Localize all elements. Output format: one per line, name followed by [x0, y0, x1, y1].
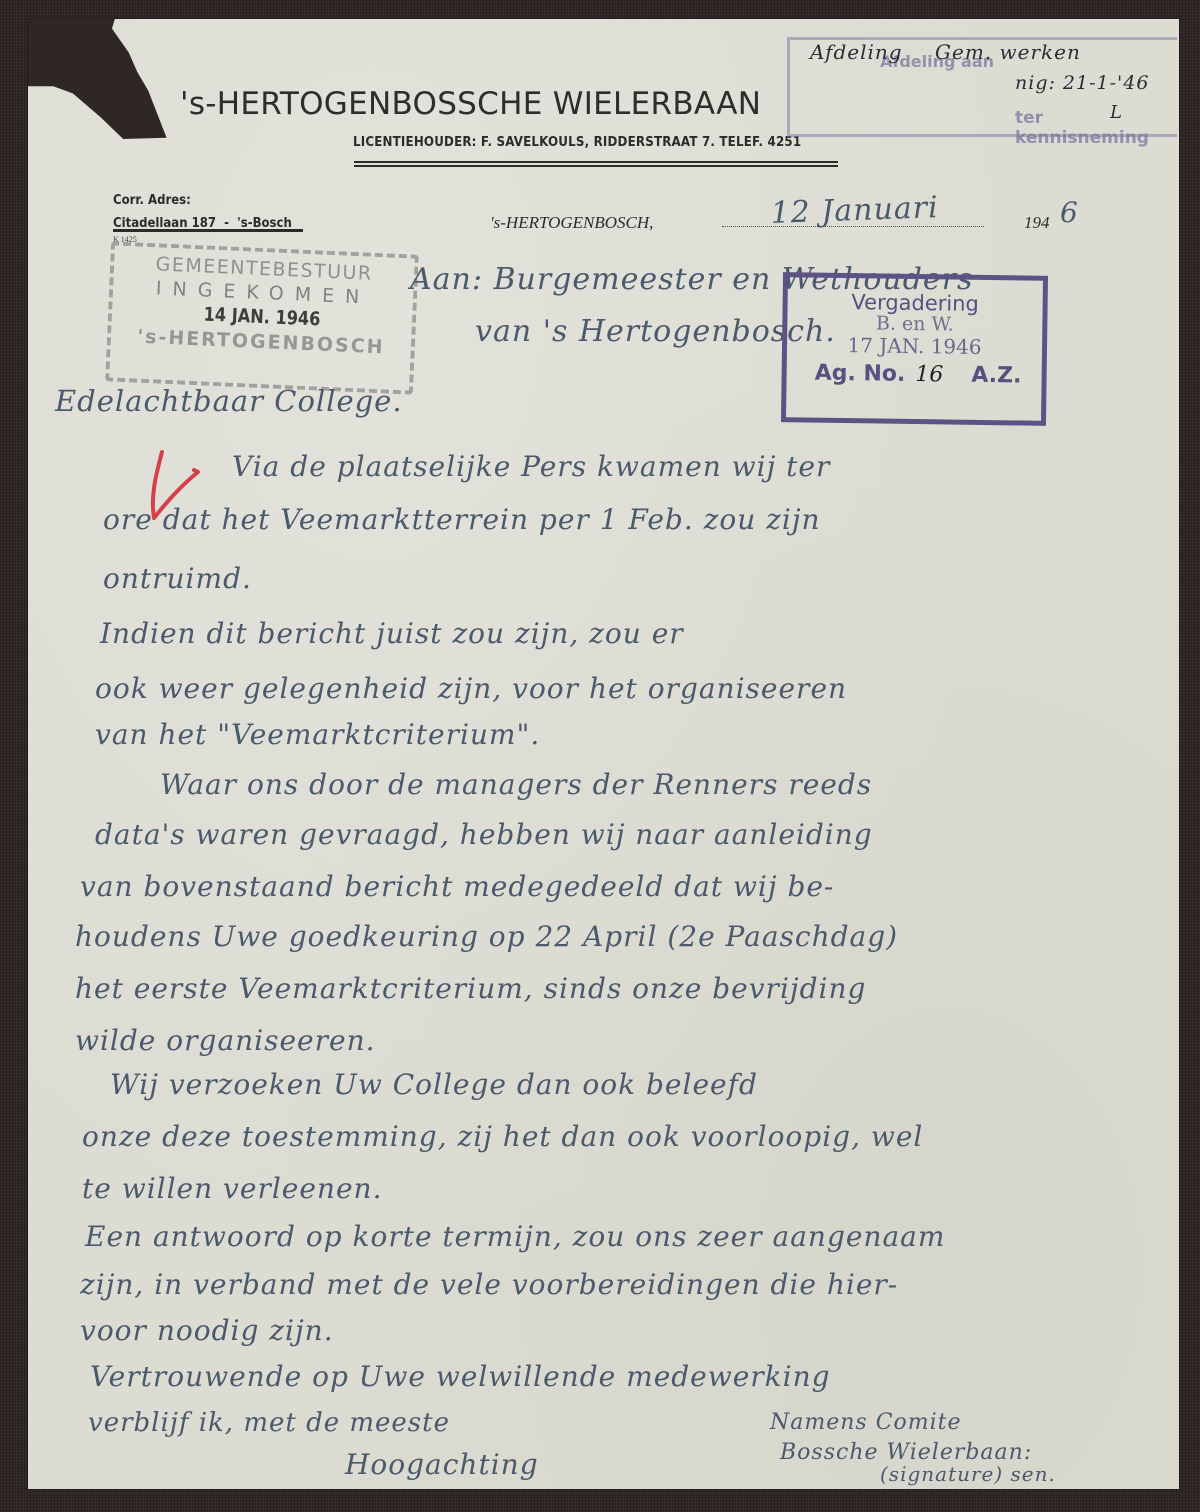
- body-line: Waar ons door de managers der Renners re…: [160, 768, 872, 801]
- notice-handwritten-dept: Afdeling: [810, 40, 903, 64]
- agenda-label: Ag. No.: [814, 361, 905, 387]
- body-line: data's waren gevraagd, hebben wij naar a…: [95, 818, 873, 851]
- agenda-number: 16: [915, 362, 943, 387]
- closing-word: Hoogachting: [345, 1448, 539, 1481]
- body-line: Via de plaatselijke Pers kwamen wij ter: [232, 450, 830, 483]
- notice-handwritten-initial: L: [1110, 102, 1123, 123]
- letterhead-licence-line: LICENTIEHOUDER: F. SAVELKOULS, RIDDERSTR…: [353, 134, 801, 150]
- handwritten-date: 12 Januari: [770, 190, 939, 231]
- body-line: voor noodig zijn.: [80, 1314, 334, 1347]
- handwritten-year-digit: 6: [1060, 196, 1079, 229]
- body-line: wilde organiseeren.: [75, 1024, 376, 1057]
- signature-line-1: Namens Comite: [770, 1410, 962, 1435]
- body-line: Vertrouwende op Uwe welwillende medewerk…: [90, 1360, 831, 1393]
- body-line: van bovenstaand bericht medegedeeld dat …: [80, 870, 834, 903]
- notice-handwritten-date: nig: 21-1-'46: [1015, 72, 1149, 94]
- body-line: ore dat het Veemarktterrein per 1 Feb. z…: [103, 503, 821, 536]
- body-line: het eerste Veemarktcriterium, sinds onze…: [75, 972, 866, 1005]
- agenda-suffix: A.Z.: [971, 363, 1021, 389]
- body-line: van het "Veemarktcriterium".: [95, 718, 540, 751]
- signature: (signature) sen.: [880, 1462, 1056, 1486]
- body-line: ook weer gelegenheid zijn, voor het orga…: [95, 672, 847, 705]
- salutation: Edelachtbaar College.: [55, 384, 403, 418]
- meeting-stamp: Vergadering B. en W. 17 JAN. 1946 Ag. No…: [781, 272, 1048, 426]
- letterhead-title: 's-HERTOGENBOSSCHE WIELERBAAN: [180, 86, 761, 122]
- meeting-stamp-agenda: Ag. No.16A.Z.: [786, 360, 1041, 389]
- body-line: onze deze toestemming, zij het dan ook v…: [82, 1120, 923, 1153]
- meeting-stamp-date: 17 JAN. 1946: [787, 332, 1042, 360]
- body-line: Een antwoord op korte termijn, zou ons z…: [85, 1220, 945, 1253]
- corr-label: Corr. Adres:: [113, 189, 292, 212]
- receipt-stamp: GEMEENTEBESTUUR INGEKOMEN 14 JAN. 1946 '…: [105, 241, 419, 394]
- body-line: zijn, in verband met de vele voorbereidi…: [80, 1268, 898, 1301]
- body-line: te willen verleenen.: [82, 1172, 382, 1205]
- year-printed: 194: [1024, 213, 1050, 233]
- body-line: ontruimd.: [103, 562, 252, 595]
- notice-stamp-line2: ter kennisneming: [1015, 108, 1177, 148]
- body-line: Wij verzoeken Uw College dan ook beleefd: [110, 1068, 758, 1101]
- notice-handwritten-target: Gem. werken: [935, 40, 1081, 64]
- body-line: verblijf ik, met de meeste: [88, 1408, 450, 1438]
- letterhead-double-rule: [354, 161, 838, 167]
- body-line: houdens Uwe goedkeuring op 22 April (2e …: [75, 920, 898, 953]
- place-label: 's-HERTOGENBOSCH,: [490, 213, 653, 233]
- body-line: Indien dit bericht juist zou zijn, zou e…: [100, 617, 684, 650]
- corr-underline: [113, 229, 303, 232]
